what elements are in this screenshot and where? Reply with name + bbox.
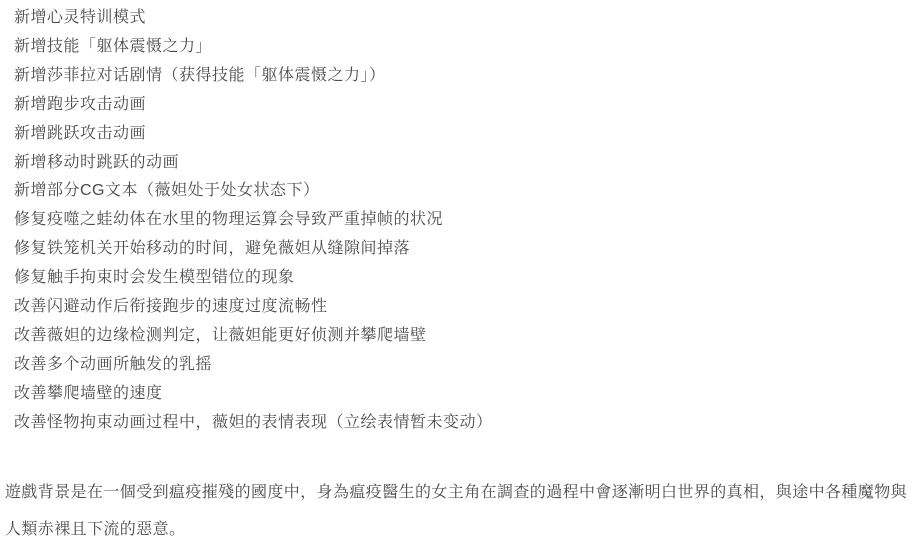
changelog-line: 新增部分CG文本（薇妲处于处女状态下） <box>14 177 914 206</box>
changelog-line: 新增技能「躯体震慑之力」 <box>14 33 914 62</box>
changelog-line: 修复疫噬之蛙幼体在水里的物理运算会导致严重掉帧的状况 <box>14 206 914 235</box>
page: 新增心灵特训模式 新增技能「躯体震慑之力」 新增莎菲拉对话剧情（获得技能「躯体震… <box>0 0 914 557</box>
changelog-line: 改善多个动画所触发的乳摇 <box>14 351 914 380</box>
game-background-paragraph: 遊戲背景是在一個受到瘟疫摧殘的國度中，身為瘟疫醫生的女主角在調查的過程中會逐漸明… <box>5 474 911 548</box>
changelog-line: 改善闪避动作后衔接跑步的速度过度流畅性 <box>14 293 914 322</box>
changelog-line: 改善攀爬墙壁的速度 <box>14 380 914 409</box>
changelog-line: 改善薇妲的边缘检测判定，让薇妲能更好侦测并攀爬墙壁 <box>14 322 914 351</box>
changelog-line: 新增跑步攻击动画 <box>14 91 914 120</box>
changelog-line: 新增移动时跳跃的动画 <box>14 149 914 178</box>
changelog-line: 改善怪物拘束动画过程中，薇妲的表情表现（立绘表情暂未变动） <box>14 409 914 438</box>
changelog-list: 新增心灵特训模式 新增技能「躯体震慑之力」 新增莎菲拉对话剧情（获得技能「躯体震… <box>0 0 914 438</box>
changelog-line: 修复触手拘束时会发生模型错位的现象 <box>14 264 914 293</box>
changelog-line: 新增心灵特训模式 <box>14 4 914 33</box>
changelog-line: 修复铁笼机关开始移动的时间，避免薇妲从缝隙间掉落 <box>14 235 914 264</box>
changelog-line: 新增莎菲拉对话剧情（获得技能「躯体震慑之力」） <box>14 62 914 91</box>
changelog-line: 新增跳跃攻击动画 <box>14 120 914 149</box>
